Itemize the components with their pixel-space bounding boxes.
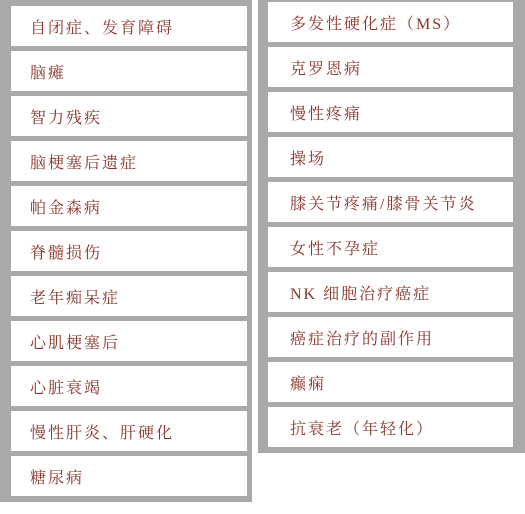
condition-item-bedsore[interactable]: 操场 <box>268 137 513 177</box>
condition-list-panel-left: 自闭症、发育障碍 脑瘫 智力残疾 脑梗塞后遗症 帕金森病 脊髓损伤 老年痴呆症 … <box>0 0 252 502</box>
condition-item-anti-aging[interactable]: 抗衰老（年轻化） <box>268 407 513 447</box>
condition-item-female-infertility[interactable]: 女性不孕症 <box>268 227 513 267</box>
condition-item-epilepsy[interactable]: 癫痫 <box>268 362 513 402</box>
condition-item-chronic-pain[interactable]: 慢性疼痛 <box>268 92 513 132</box>
condition-item-crohns-disease[interactable]: 克罗恩病 <box>268 47 513 87</box>
condition-item-knee-osteoarthritis[interactable]: 膝关节疼痛/膝骨关节炎 <box>268 182 513 222</box>
condition-item-autism[interactable]: 自闭症、发育障碍 <box>11 6 247 46</box>
condition-item-intellectual-disability[interactable]: 智力残疾 <box>11 96 247 136</box>
condition-item-diabetes[interactable]: 糖尿病 <box>11 456 247 496</box>
condition-item-parkinsons[interactable]: 帕金森病 <box>11 186 247 226</box>
condition-item-dementia[interactable]: 老年痴呆症 <box>11 276 247 316</box>
condition-item-heart-failure[interactable]: 心脏衰竭 <box>11 366 247 406</box>
condition-item-chronic-hepatitis[interactable]: 慢性肝炎、肝硬化 <box>11 411 247 451</box>
condition-item-multiple-sclerosis[interactable]: 多发性硬化症（MS） <box>268 2 513 42</box>
condition-item-post-myocardial-infarction[interactable]: 心肌梗塞后 <box>11 321 247 361</box>
condition-list-panel-right: 多发性硬化症（MS） 克罗恩病 慢性疼痛 操场 膝关节疼痛/膝骨关节炎 女性不孕… <box>258 0 525 453</box>
condition-item-cancer-treatment-side-effects[interactable]: 癌症治疗的副作用 <box>268 317 513 357</box>
condition-item-nk-cell-cancer-therapy[interactable]: NK 细胞治疗癌症 <box>268 272 513 312</box>
condition-item-spinal-cord-injury[interactable]: 脊髓损伤 <box>11 231 247 271</box>
condition-item-cerebral-palsy[interactable]: 脑瘫 <box>11 51 247 91</box>
condition-item-stroke-sequelae[interactable]: 脑梗塞后遗症 <box>11 141 247 181</box>
